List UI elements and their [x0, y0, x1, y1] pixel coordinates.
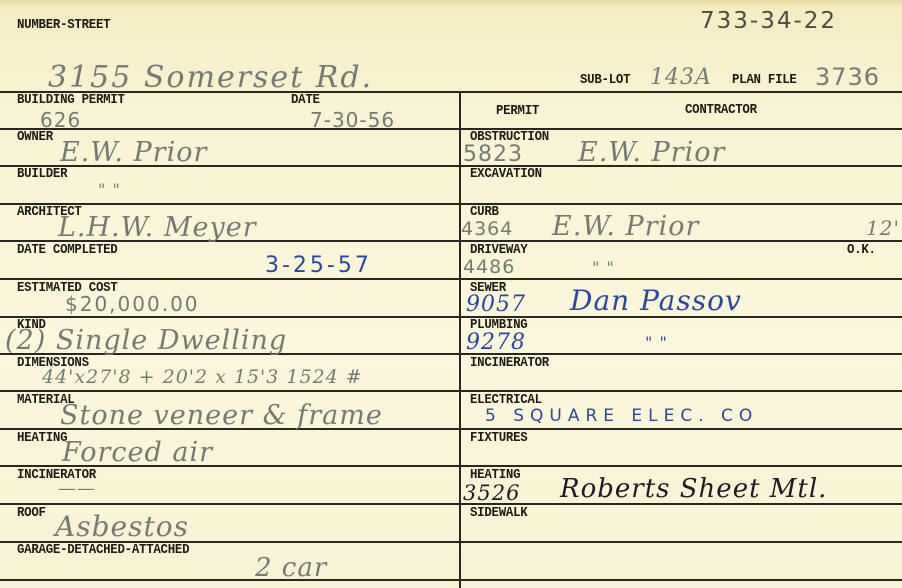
contractor-column-header: CONTRACTOR	[685, 103, 757, 118]
rule-line	[0, 203, 902, 205]
heating-label: HEATING	[17, 431, 67, 446]
obstruction-permit: 5823	[463, 142, 523, 167]
driveway-contractor: " "	[592, 258, 615, 277]
sewer-contractor: Dan Passov	[570, 284, 742, 317]
estimated-cost-value: $20,000.00	[65, 292, 200, 316]
roof-value: Asbestos	[55, 510, 189, 543]
building-permit-card: 733-34-22 NUMBER-STREET 3155 Somerset Rd…	[0, 0, 902, 588]
file-number: 733-34-22	[700, 8, 837, 34]
electrical-contractor: 5 SQUARE ELEC. CO	[485, 406, 758, 426]
architect-value: L.H.W. Meyer	[58, 212, 257, 243]
building-permit-value: 626	[40, 108, 81, 132]
curb-contractor: E.W. Prior	[552, 211, 699, 242]
driveway-note: O.K.	[847, 243, 876, 258]
heating-contractor: Roberts Sheet Mtl.	[560, 474, 827, 504]
builder-value: " "	[98, 180, 121, 199]
number-street-value: 3155 Somerset Rd.	[48, 60, 373, 95]
roof-label: ROOF	[17, 506, 46, 521]
kind-value: (2) Single Dwelling	[5, 325, 287, 356]
fixtures-label: FIXTURES	[470, 431, 527, 446]
date-value: 7-30-56	[310, 108, 395, 132]
sewer-permit: 9057	[466, 292, 526, 317]
permit-column-header: PERMIT	[496, 104, 539, 119]
plumbing-permit: 9278	[466, 330, 526, 355]
plan-file-value: 3736	[815, 63, 880, 91]
rule-line	[0, 390, 902, 392]
owner-value: E.W. Prior	[60, 137, 207, 168]
material-value: Stone veneer & frame	[60, 400, 383, 431]
builder-label: BUILDER	[17, 167, 67, 182]
rule-line	[0, 316, 902, 318]
incinerator-permit-label: INCINERATOR	[470, 356, 549, 371]
rule-line	[0, 579, 902, 581]
column-divider	[459, 92, 461, 588]
rule-line	[0, 278, 902, 280]
building-permit-label: BUILDING PERMIT	[17, 93, 125, 108]
dimensions-value: 44'x27'8 + 20'2 x 15'3 1524 #	[42, 366, 363, 388]
date-completed-label: DATE COMPLETED	[17, 243, 117, 258]
sidewalk-label: SIDEWALK	[470, 506, 527, 521]
heating-value: Forced air	[62, 437, 213, 468]
rule-line	[0, 128, 902, 130]
curb-permit: 4364	[461, 218, 513, 240]
plumbing-contractor: " "	[645, 333, 668, 352]
garage-value: 2 car	[255, 553, 327, 583]
heating-permit: 3526	[463, 481, 520, 505]
owner-label: OWNER	[17, 130, 53, 145]
date-label: DATE	[291, 93, 320, 108]
driveway-permit: 4486	[463, 256, 515, 278]
garage-label: GARAGE-DETACHED-ATTACHED	[17, 543, 189, 558]
excavation-label: EXCAVATION	[470, 167, 542, 182]
date-completed-value: 3-25-57	[265, 253, 372, 278]
sub-lot-label: SUB-LOT	[580, 73, 630, 88]
number-street-label: NUMBER-STREET	[17, 18, 110, 33]
plan-file-label: PLAN FILE	[732, 73, 797, 88]
curb-note: 12'	[866, 216, 900, 240]
sub-lot-value: 143A	[650, 65, 712, 90]
obstruction-contractor: E.W. Prior	[578, 137, 725, 168]
incinerator-value: ——	[58, 478, 96, 499]
